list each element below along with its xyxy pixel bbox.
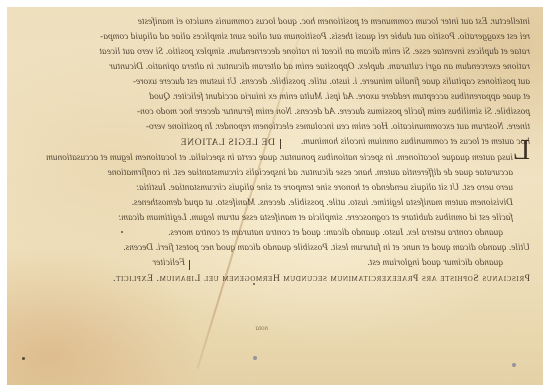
text-line: tinere. Nostrum aut excommunicatio. Hoc … — [146, 122, 530, 132]
rubric-feliciter: Feliciter — [153, 258, 185, 268]
explicit-line: Priscianus Sophiste ars Praeexercitaminu… — [113, 273, 530, 284]
manuscript-page: intellectur. Est aut inter locum commune… — [7, 7, 543, 385]
section-heading: DE LEGIS LATIONE — [180, 137, 275, 148]
text-line: rei est exaggeratio. Positio aut dubie r… — [100, 32, 530, 42]
text-line: aut positiones capitulis quae finalia mi… — [133, 77, 530, 87]
marginal-note: nota — [256, 324, 268, 332]
text-line: ratione exercendum an agri culturam. dup… — [109, 62, 530, 72]
text-line: possibile. Si similibus enim facile poss… — [137, 107, 530, 117]
mirrored-text-block: intellectur. Est aut inter locum commune… — [7, 7, 543, 385]
text-line: Divisionem autem manifesta legitime. ius… — [131, 198, 513, 208]
text-line: et quae apparentibus acceptum reddere ux… — [149, 92, 530, 102]
text-line: quando dicimur quod inglorium est. — [367, 258, 503, 268]
heading-bracket — [280, 139, 281, 149]
text-line: hoc autem et locus et communibus omnium … — [301, 137, 530, 147]
text-line: facile est id omnibus dubitare et cognos… — [118, 213, 513, 223]
text-line: intellectur. Est aut inter locum commune… — [138, 17, 530, 27]
text-line: uero uero est. Ut sit aliquis uendendo e… — [136, 183, 513, 193]
text-line: ratae et duplices inventae esse. Si enim… — [99, 47, 530, 57]
rubric-bracket — [189, 260, 190, 270]
text-line: accuratae quae de differentia autem. han… — [108, 168, 513, 178]
decorated-initial: L — [513, 137, 530, 165]
text-line: iusq autem quaque locationem. in specie … — [46, 153, 513, 163]
text-line: quando contra uetera lex. Iusto. quando … — [168, 228, 503, 238]
text-line: Utile. quando dicam quod et nunc et in f… — [123, 243, 530, 253]
